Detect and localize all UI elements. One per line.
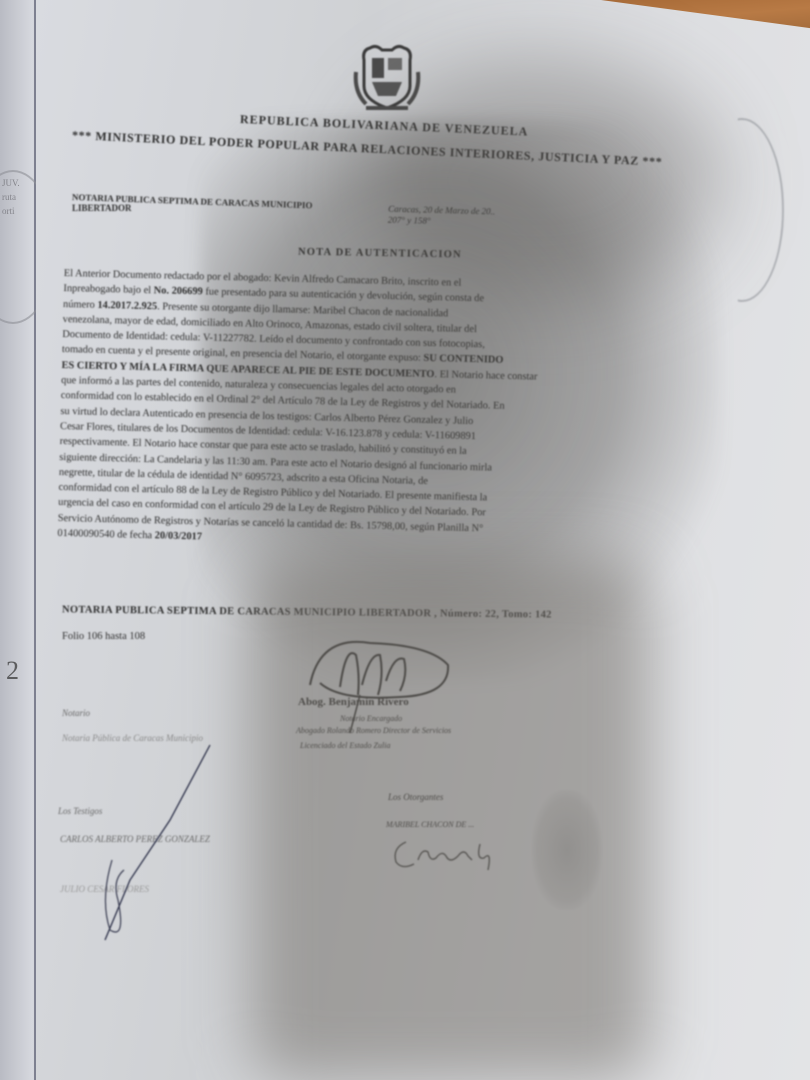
witness-signature-stroke-icon <box>0 0 810 1080</box>
document-content: REPUBLICA BOLIVARIANA DE VENEZUELA *** M… <box>0 0 810 1080</box>
